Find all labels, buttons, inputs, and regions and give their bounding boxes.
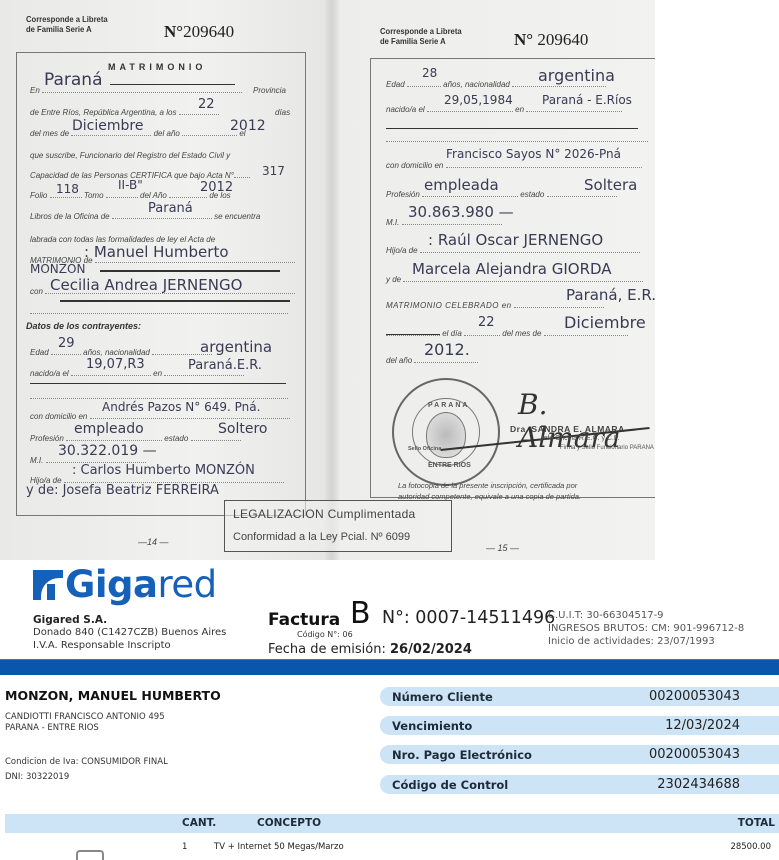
customer-address-1: CANDIOTTI FRANCISCO ANTONIO 495	[5, 712, 165, 722]
issue-date: Fecha de emisión: 26/02/2024	[268, 642, 472, 657]
table-row: 1 TV + Internet 50 Megas/Marzo 28500.00	[0, 842, 779, 856]
ingresos-brutos: INGRESOS BRUTOS: CM: 901-996712-8	[548, 623, 744, 634]
gigared-logo: Gigared	[33, 566, 217, 604]
col-concepto: CONCEPTO	[257, 817, 321, 829]
company-name: Gigared S.A.	[33, 614, 107, 626]
col-cant: CANT.	[182, 817, 216, 829]
invoice-label: Factura	[268, 610, 340, 630]
gigared-logo-icon	[33, 570, 63, 600]
company-address: Donado 840 (C1427CZB) Buenos Aires	[33, 627, 226, 638]
signer-title: Jefa Oficina R.E.C. y C.P.	[540, 435, 620, 442]
info-row-pago-electronico: Nro. Pago Electrónico00200053043	[380, 745, 779, 764]
cuit: C.U.I.T: 30-66304517-9	[548, 610, 664, 621]
page-number-14: —14 —	[138, 537, 169, 547]
official-seal: PARANA Sello Oficina ENTRE RIOS	[392, 378, 500, 486]
invoice: Gigared Gigared S.A. Donado 840 (C1427CZ…	[0, 560, 779, 860]
datos-title: Datos de los contrayentes:	[26, 321, 141, 331]
page-number-15: — 15 —	[486, 543, 519, 553]
inicio-actividades: Inicio de actividades: 23/07/1993	[548, 636, 715, 647]
customer-address-2: PARANA - ENTRE RIOS	[5, 723, 99, 733]
invoice-number: N°: 0007-14511496	[382, 608, 555, 628]
left-header: Corresponde a Libreta de Familia Serie A	[26, 14, 108, 34]
invoice-code: Código N°: 06	[297, 630, 353, 639]
left-page: Corresponde a Libreta de Familia Serie A…	[0, 0, 325, 560]
page-fold	[325, 0, 339, 560]
section-title: MATRIMONIO	[108, 62, 206, 72]
header-band	[0, 659, 779, 675]
company-iva: I.V.A. Responsable Inscripto	[33, 640, 171, 651]
items-table-header: CANT. CONCEPTO TOTAL	[5, 814, 779, 833]
right-header: Corresponde a Libreta de Familia Serie A	[380, 26, 462, 46]
customer-iva-condition: Condicion de Iva: CONSUMIDOR FINAL	[5, 757, 168, 767]
right-certificate-number: N° 209640	[514, 30, 588, 50]
hw-en: Paraná	[44, 70, 103, 90]
legalization-stamp: LEGALIZACION Cumplimentada Conformidad a…	[224, 500, 452, 552]
signer-name: Dra. SANDRA E. ALMARA	[510, 424, 625, 434]
invoice-letter: B	[350, 596, 371, 631]
info-row-codigo-control: Código de Control2302434688	[380, 775, 779, 794]
marriage-certificate-photo: Corresponde a Libreta de Familia Serie A…	[0, 0, 655, 560]
info-row-numero-cliente: Número Cliente00200053043	[380, 687, 779, 706]
col-total: TOTAL	[738, 817, 775, 829]
customer-name: MONZON, MANUEL HUMBERTO	[5, 688, 221, 703]
customer-dni: DNI: 30322019	[5, 772, 69, 782]
footnote: La fotocopia de la presente inscripción,…	[398, 480, 581, 502]
info-row-vencimiento: Vencimiento12/03/2024	[380, 716, 779, 735]
left-certificate-number: N°209640	[164, 22, 234, 42]
